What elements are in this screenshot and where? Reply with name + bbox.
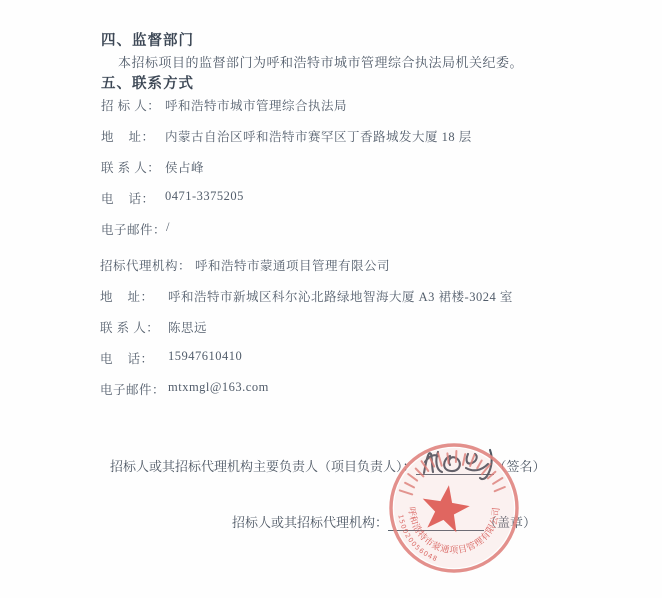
- field-label: 电 话：: [100, 349, 168, 367]
- tenderer-address-row: 地 址： 内蒙古自治区呼和浩特市赛罕区丁香路城发大厦 18 层: [101, 127, 472, 145]
- field-value: mtxmgl@163.com: [168, 380, 269, 395]
- field-label: 地 址：: [101, 127, 165, 145]
- official-red-seal: 呼和浩特市蒙通项目管理有限公司 150020056048: [384, 426, 534, 586]
- signature-underline: [416, 459, 494, 475]
- field-label: 电子邮件：: [100, 380, 168, 398]
- field-value: 呼和浩特市城市管理综合执法局: [165, 96, 347, 114]
- field-value: 呼和浩特市蒙通项目管理有限公司: [195, 256, 390, 274]
- section-4-paragraph: 本招标项目的监督部门为呼和浩特市城市管理综合执法局机关纪委。: [118, 52, 523, 71]
- stamp-line-suffix: （盖章）: [484, 512, 536, 531]
- field-value: 陈思远: [168, 318, 207, 336]
- field-value: 侯占峰: [165, 158, 204, 176]
- stamp-underline: [388, 515, 484, 531]
- field-label: 联 系 人：: [100, 318, 168, 336]
- field-label: 招标代理机构：: [100, 256, 191, 274]
- field-label: 电 话：: [101, 189, 165, 207]
- agency-phone-row: 电 话： 15947610410: [100, 349, 513, 367]
- tenderer-email-row: 电子邮件： /: [101, 220, 472, 238]
- field-value: /: [166, 220, 170, 235]
- field-label: 联 系 人：: [101, 158, 165, 176]
- section-4-heading: 四、监督部门: [101, 29, 194, 50]
- field-value: 0471-3375205: [165, 189, 244, 204]
- field-label: 电子邮件：: [101, 220, 166, 238]
- stamp-line-label: 招标人或其招标代理机构：: [232, 512, 388, 531]
- signature-line-suffix: （签名）: [494, 456, 546, 475]
- agency-contact-block: 招标代理机构： 呼和浩特市蒙通项目管理有限公司 地 址： 呼和浩特市新城区科尔沁…: [100, 256, 513, 398]
- agency-email-row: 电子邮件： mtxmgl@163.com: [100, 380, 513, 398]
- section-5-heading: 五、联系方式: [101, 72, 194, 93]
- signature-line-label: 招标人或其招标代理机构主要负责人（项目负责人）：: [110, 456, 416, 475]
- agency-name-row: 招标代理机构： 呼和浩特市蒙通项目管理有限公司: [100, 256, 513, 274]
- field-value: 呼和浩特市新城区科尔沁北路绿地智海大厦 A3 裙楼-3024 室: [168, 287, 513, 305]
- tenderer-contact-row: 联 系 人： 侯占峰: [101, 158, 472, 176]
- agency-contact-row: 联 系 人： 陈思远: [100, 318, 513, 336]
- tenderer-contact-block: 招 标 人： 呼和浩特市城市管理综合执法局 地 址： 内蒙古自治区呼和浩特市赛罕…: [101, 96, 472, 238]
- field-value: 15947610410: [168, 349, 242, 364]
- field-label: 招 标 人：: [101, 96, 165, 114]
- organization-stamp-line: 招标人或其招标代理机构：（盖章）: [232, 512, 536, 531]
- responsible-person-signature-line: 招标人或其招标代理机构主要负责人（项目负责人）：（签名）: [110, 456, 546, 475]
- tenderer-name-row: 招 标 人： 呼和浩特市城市管理综合执法局: [101, 96, 472, 114]
- field-value: 内蒙古自治区呼和浩特市赛罕区丁香路城发大厦 18 层: [165, 127, 472, 145]
- tenderer-phone-row: 电 话： 0471-3375205: [101, 189, 472, 207]
- scanned-document-page: 四、监督部门 本招标项目的监督部门为呼和浩特市城市管理综合执法局机关纪委。 五、…: [0, 0, 662, 598]
- field-label: 地 址：: [100, 287, 168, 305]
- agency-address-row: 地 址： 呼和浩特市新城区科尔沁北路绿地智海大厦 A3 裙楼-3024 室: [100, 287, 513, 305]
